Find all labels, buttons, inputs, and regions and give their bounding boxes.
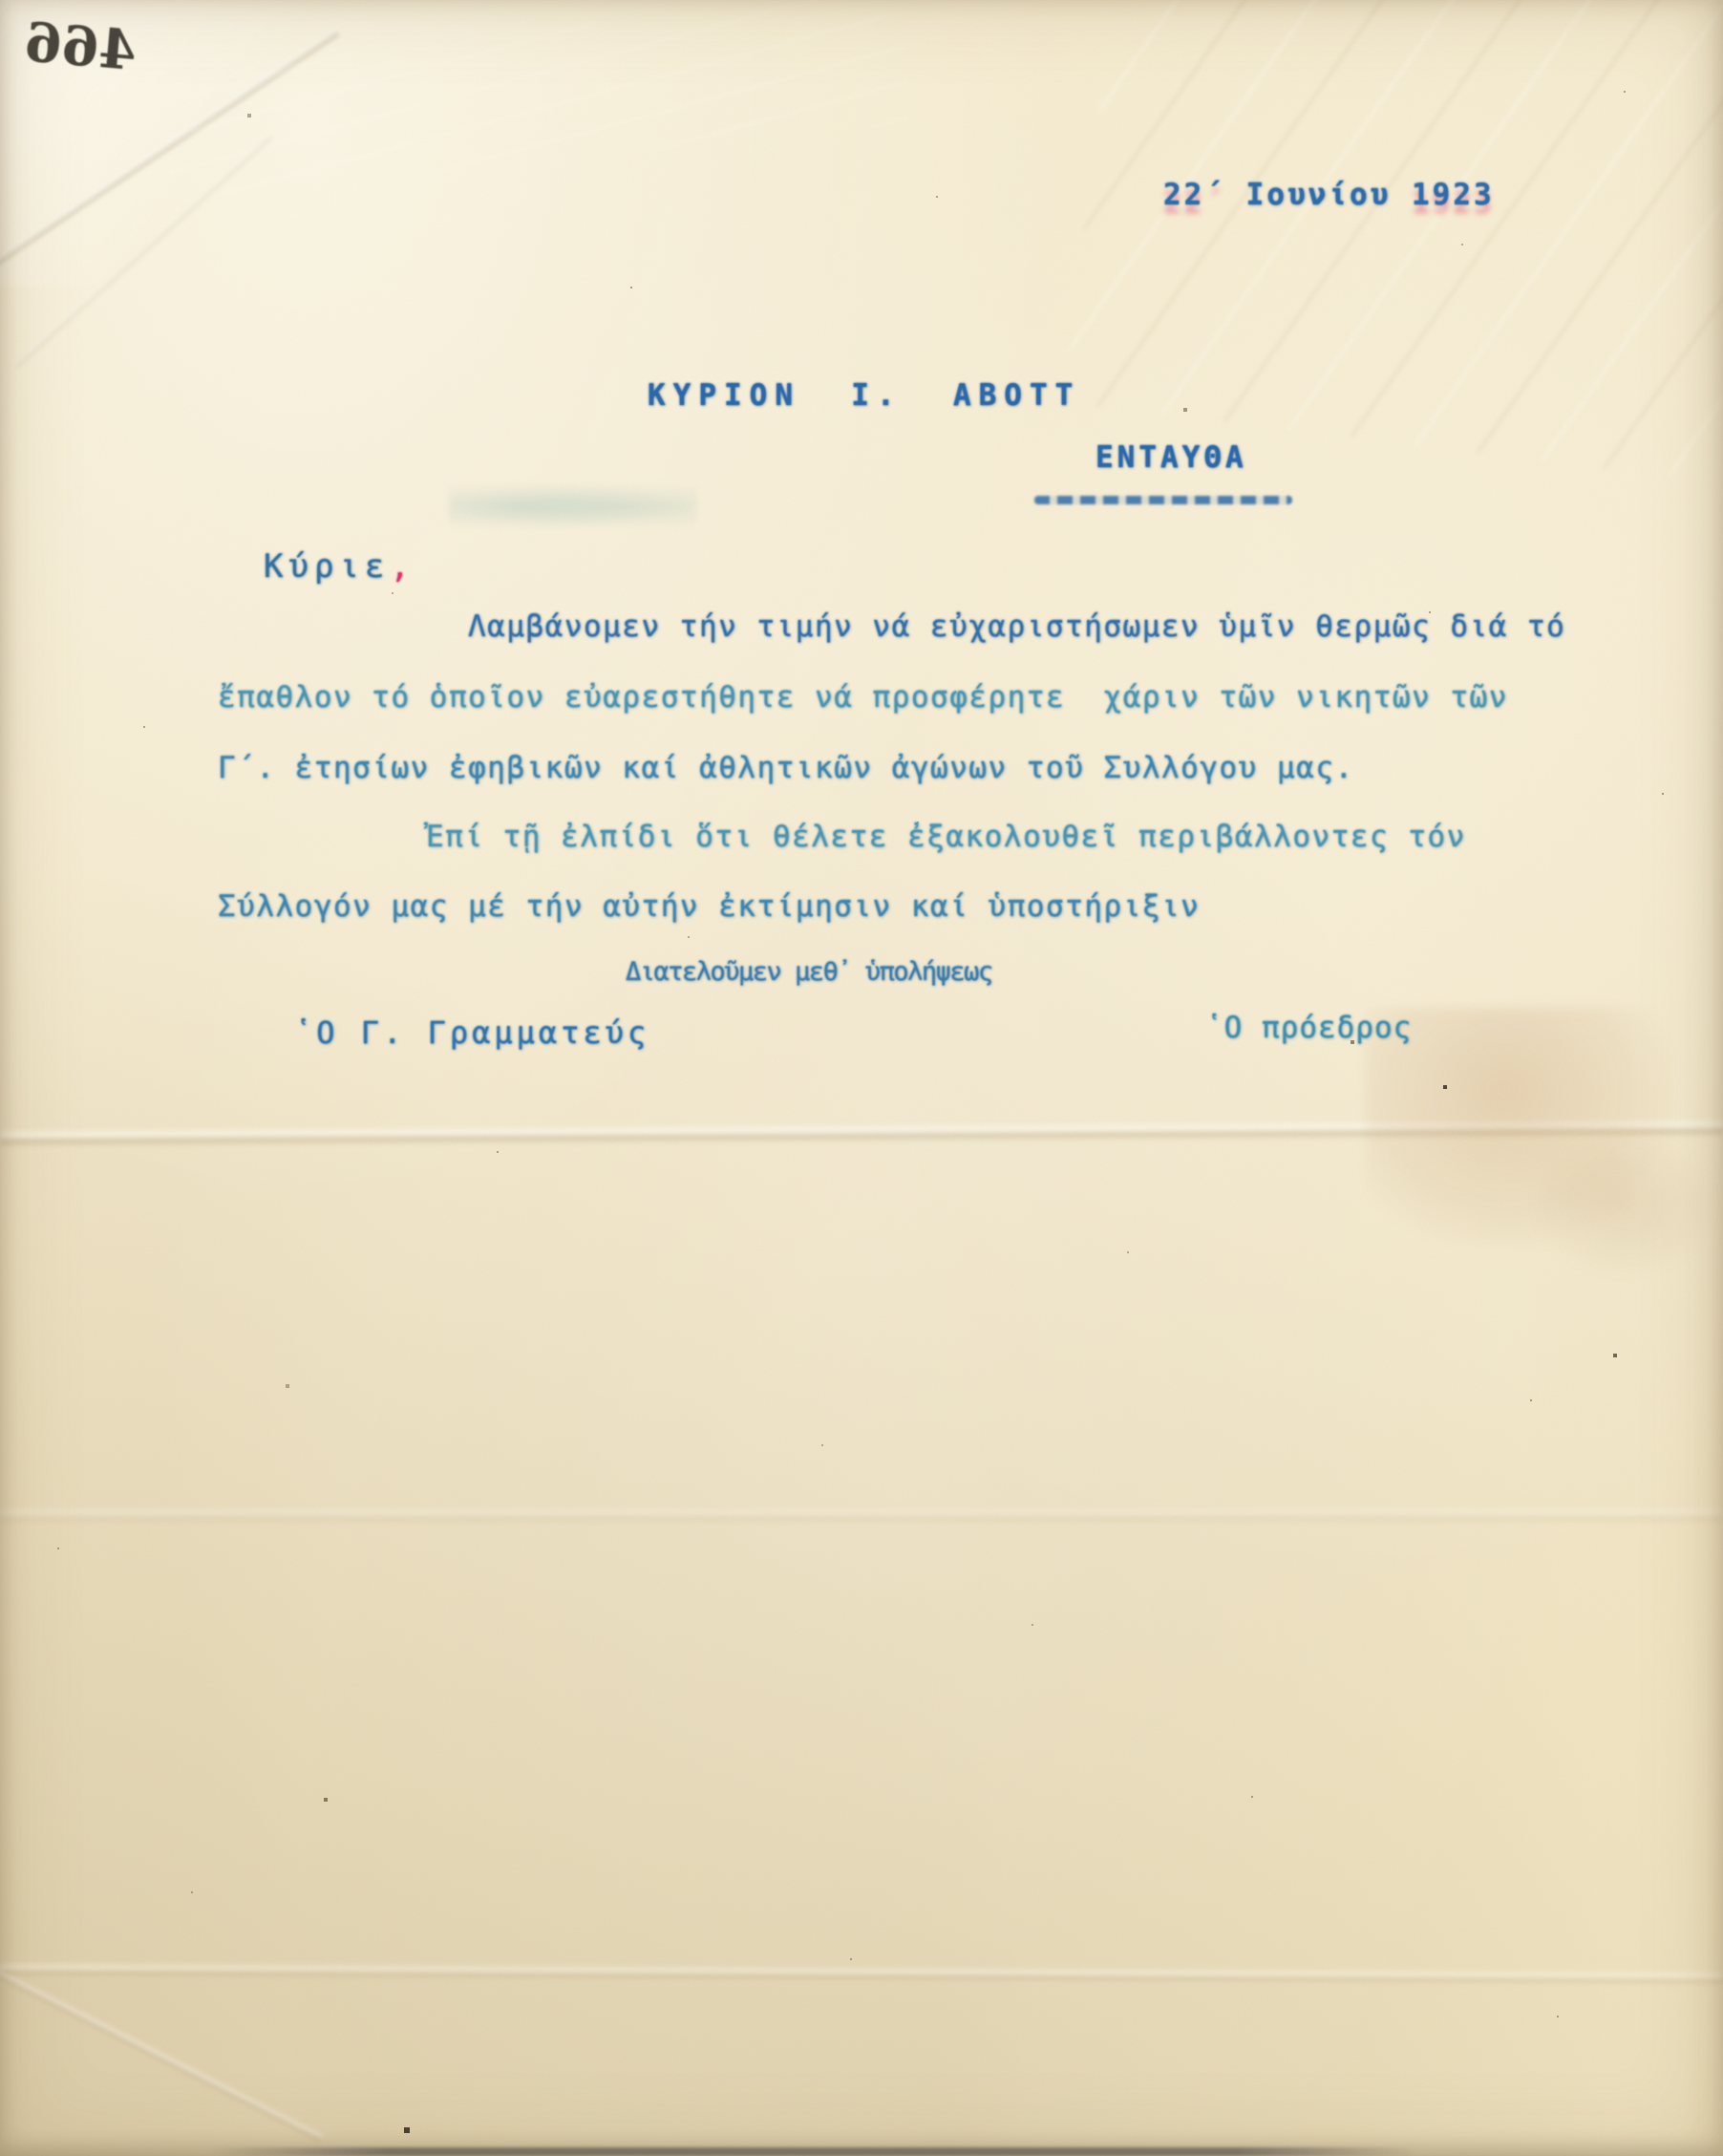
brown-stain-2 bbox=[1528, 1127, 1719, 1280]
recipient-name: ΚΥΡΙΟΝ Ι. ΑΒΟΤΤ bbox=[648, 378, 1080, 413]
salutation: Κύριε, bbox=[264, 547, 415, 586]
top-right-wrinkles bbox=[1063, 0, 1723, 492]
salutation-comma-red: , bbox=[390, 547, 415, 586]
date-year: 1923 bbox=[1412, 178, 1495, 212]
date-day: 22´ bbox=[1163, 178, 1225, 212]
bottom-left-crease bbox=[0, 1953, 324, 2143]
body-line-2: ἔπαθλον τό ὁποῖον εὐαρεστήθητε νά προσφέ… bbox=[218, 680, 1508, 715]
body-line-3: Γ΄. ἐτησίων ἐφηβικῶν καί ἀθλητικῶν ἀγώνω… bbox=[218, 751, 1354, 785]
recipient-location: ΕΝΤΑΥΘΑ bbox=[1095, 440, 1247, 475]
archival-number-mirrored: 466 bbox=[22, 11, 138, 83]
body-line-5: Σύλλογόν μας μέ τήν αὐτήν ἐκτίμησιν καί … bbox=[218, 889, 1200, 924]
body-line-4: Ἐπί τῇ ἐλπίδι ὅτι θέλετε ἐξακολουθεῖ περ… bbox=[426, 820, 1466, 854]
salutation-word: Κύριε bbox=[264, 547, 390, 586]
signature-president: ῾Ο πρόεδρος bbox=[1205, 1011, 1412, 1045]
underline-rule bbox=[1034, 496, 1292, 504]
faded-ink-smudge bbox=[449, 482, 697, 530]
letter-page: 466 22´ Ιουνίου 1923 ΚΥΡΙΟΝ Ι. ΑΒΟΤΤ ΕΝΤ… bbox=[0, 0, 1723, 2156]
body-line-1: Λαμβάνομεν τήν τιμήν νά εὐχαριστήσωμεν ὑ… bbox=[468, 609, 1565, 644]
faint-crease bbox=[0, 1507, 1723, 1523]
closing-line: Διατελοῦμεν μεθ᾽ ὑπολήψεως bbox=[626, 957, 992, 987]
bottom-edge-shadow bbox=[210, 2147, 1417, 2156]
date-month: Ιουνίου bbox=[1246, 178, 1392, 212]
paper-specks bbox=[0, 0, 2, 2]
date-line: 22´ Ιουνίου 1923 bbox=[1163, 178, 1495, 212]
signature-secretary: ῾Ο Γ. Γραμματεύς bbox=[294, 1014, 649, 1051]
lower-crease bbox=[0, 1961, 1723, 1985]
